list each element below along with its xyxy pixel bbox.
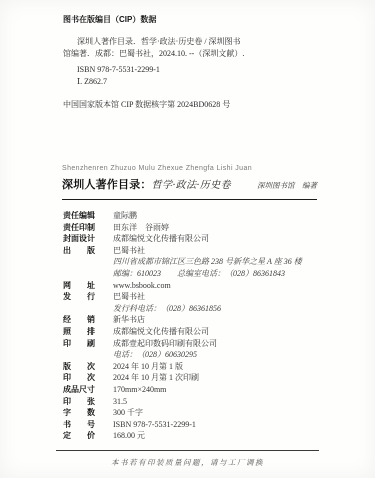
detail-value: 成都壹起印数码印刷有限公司电话：（028）60630295 bbox=[113, 338, 329, 361]
detail-row: 封面设计 成都编悦文化传播有限公司 bbox=[63, 233, 329, 245]
detail-label: 字 数 bbox=[63, 407, 113, 419]
detail-line: www.bsbook.com bbox=[113, 280, 329, 292]
quality-notice: 本书若有印装质量问题，请与工厂调换 bbox=[0, 457, 375, 468]
detail-row: 书 号 ISBN 978-7-5531-2299-1 bbox=[63, 419, 329, 431]
detail-value: 成都编悦文化传播有限公司 bbox=[113, 233, 329, 245]
detail-row: 网 址 www.bsbook.com bbox=[63, 280, 329, 292]
detail-line: 300 千字 bbox=[113, 407, 329, 419]
detail-row: 责任印制 田东洋 谷雨婷 bbox=[63, 222, 329, 234]
book-title-main: 深圳人著作目录： bbox=[62, 176, 152, 192]
detail-row: 经 销 新华书店 bbox=[63, 314, 329, 326]
detail-line: 电话：（028）60630295 bbox=[113, 349, 329, 361]
detail-row: 印 张 31.5 bbox=[63, 396, 329, 408]
detail-label: 经 销 bbox=[63, 314, 113, 326]
detail-label: 责任编辑 bbox=[63, 210, 113, 222]
detail-value: ISBN 978-7-5531-2299-1 bbox=[113, 419, 329, 431]
detail-line: 巴蜀书社 bbox=[113, 291, 329, 303]
detail-row: 成品尺寸 170mm×240mm bbox=[63, 384, 329, 396]
detail-row: 印 刷 成都壹起印数码印刷有限公司电话：（028）60630295 bbox=[63, 338, 329, 361]
cip-header: 图书在版编目（CIP）数据 bbox=[63, 14, 325, 27]
detail-value: 31.5 bbox=[113, 396, 329, 408]
cip-isbn: ISBN 978-7-5531-2299-1 bbox=[63, 64, 325, 77]
detail-value: 巴蜀书社发行科电话：（028）86361856 bbox=[113, 291, 329, 314]
title-block: Shenzhenren Zhuzuo Mulu Zhexue Zhengfa L… bbox=[62, 165, 317, 200]
cip-entry-line-2: 馆编著．成都：巴蜀书社，2024.10. --（深圳文献）. bbox=[63, 48, 325, 61]
detail-label: 印 次 bbox=[63, 372, 113, 384]
detail-label: 照 排 bbox=[63, 326, 113, 338]
detail-label: 成品尺寸 bbox=[63, 384, 113, 396]
detail-label: 封面设计 bbox=[63, 233, 113, 245]
detail-line: 发行科电话：（028）86361856 bbox=[113, 303, 329, 315]
detail-value: 2024 年 10 月第 1 次印刷 bbox=[113, 372, 329, 384]
title-line: 深圳人著作目录： 哲学·政法·历史卷 深圳图书馆 编著 bbox=[62, 176, 317, 192]
detail-label: 印 刷 bbox=[63, 338, 113, 350]
detail-line: 31.5 bbox=[113, 396, 329, 408]
detail-value: 田东洋 谷雨婷 bbox=[113, 222, 329, 234]
detail-line: 四川省成都市锦江区三色路 238 号新华之星 A 座 36 楼 bbox=[113, 256, 329, 268]
cip-class-code: Ⅰ. Z862.7 bbox=[63, 76, 325, 89]
detail-row: 发 行 巴蜀书社发行科电话：（028）86361856 bbox=[63, 291, 329, 314]
detail-line: 成都壹起印数码印刷有限公司 bbox=[113, 338, 329, 350]
detail-value: 168.00 元 bbox=[113, 430, 329, 442]
detail-value: 巴蜀书社四川省成都市锦江区三色路 238 号新华之星 A 座 36 楼邮编：61… bbox=[113, 245, 329, 280]
title-pinyin: Shenzhenren Zhuzuo Mulu Zhexue Zhengfa L… bbox=[62, 165, 317, 172]
detail-line: 巴蜀书社 bbox=[113, 245, 329, 257]
detail-line: 成都编悦文化传播有限公司 bbox=[113, 326, 329, 338]
detail-row: 印 次 2024 年 10 月第 1 次印刷 bbox=[63, 372, 329, 384]
cip-entry-line-1: 深圳人著作目录．哲学·政法·历史卷 / 深圳图书 bbox=[63, 36, 325, 49]
detail-line: 成都编悦文化传播有限公司 bbox=[113, 233, 329, 245]
detail-value: 成都编悦文化传播有限公司 bbox=[113, 326, 329, 338]
detail-label: 出 版 bbox=[63, 245, 113, 257]
detail-row: 责任编辑 童际鹏 bbox=[63, 210, 329, 222]
detail-line: 田东洋 谷雨婷 bbox=[113, 222, 329, 234]
footer-divider-rule bbox=[56, 450, 319, 451]
detail-label: 网 址 bbox=[63, 280, 113, 292]
cip-record-number: 中国国家版本馆 CIP 数据核字第 2024BD0628 号 bbox=[63, 99, 325, 112]
detail-value: 童际鹏 bbox=[113, 210, 329, 222]
detail-line: 邮编：610023 总编室电话：（028）86361843 bbox=[113, 268, 329, 280]
detail-line: 2024 年 10 月第 1 次印刷 bbox=[113, 372, 329, 384]
footer: 本书若有印装质量问题，请与工厂调换 bbox=[0, 450, 375, 468]
detail-row: 字 数 300 千字 bbox=[63, 407, 329, 419]
detail-line: 新华书店 bbox=[113, 314, 329, 326]
detail-value: 2024 年 10 月第 1 版 bbox=[113, 361, 329, 373]
detail-label: 版 次 bbox=[63, 361, 113, 373]
detail-line: 2024 年 10 月第 1 版 bbox=[113, 361, 329, 373]
detail-value: 300 千字 bbox=[113, 407, 329, 419]
detail-row: 出 版 巴蜀书社四川省成都市锦江区三色路 238 号新华之星 A 座 36 楼邮… bbox=[63, 245, 329, 280]
detail-row: 定 价 168.00 元 bbox=[63, 430, 329, 442]
copyright-page: 图书在版编目（CIP）数据 深圳人著作目录．哲学·政法·历史卷 / 深圳图书 馆… bbox=[0, 0, 375, 478]
detail-line: 童际鹏 bbox=[113, 210, 329, 222]
detail-line: ISBN 978-7-5531-2299-1 bbox=[113, 419, 329, 431]
detail-label: 发 行 bbox=[63, 291, 113, 303]
byline-author: 深圳图书馆 编著 bbox=[257, 180, 317, 191]
cip-block: 图书在版编目（CIP）数据 深圳人著作目录．哲学·政法·历史卷 / 深圳图书 馆… bbox=[63, 14, 325, 111]
detail-label: 书 号 bbox=[63, 419, 113, 431]
detail-row: 照 排 成都编悦文化传播有限公司 bbox=[63, 326, 329, 338]
detail-row: 版 次 2024 年 10 月第 1 版 bbox=[63, 361, 329, 373]
detail-label: 责任印制 bbox=[63, 222, 113, 234]
detail-value: 170mm×240mm bbox=[113, 384, 329, 396]
title-divider-rule bbox=[62, 199, 317, 200]
detail-label: 印 张 bbox=[63, 396, 113, 408]
publication-details-list: 责任编辑 童际鹏 责任印制 田东洋 谷雨婷 封面设计 成都编悦文化传播有限公司 … bbox=[63, 210, 329, 442]
detail-label: 定 价 bbox=[63, 430, 113, 442]
detail-line: 168.00 元 bbox=[113, 430, 329, 442]
detail-value: www.bsbook.com bbox=[113, 280, 329, 292]
book-title-subtitle: 哲学·政法·历史卷 bbox=[152, 176, 232, 191]
detail-line: 170mm×240mm bbox=[113, 384, 329, 396]
detail-value: 新华书店 bbox=[113, 314, 329, 326]
